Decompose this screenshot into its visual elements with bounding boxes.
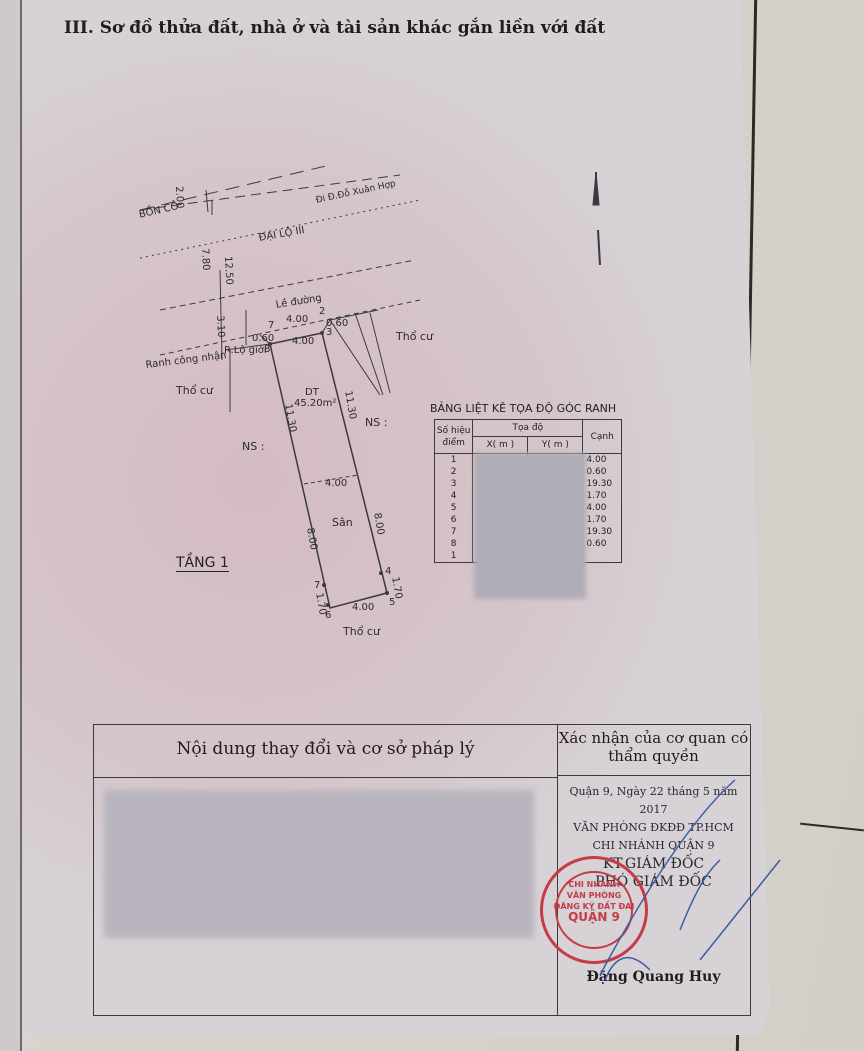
point-cell: 1 (435, 454, 473, 467)
edge-cell (583, 550, 622, 563)
point-cell: 4 (435, 490, 473, 502)
label-tho-cu-left: Thổ cư (176, 384, 213, 397)
coordinate-table-title: BẢNG LIỆT KÊ TỌA ĐỘ GÓC RANH (430, 402, 616, 415)
office-line-1: VĂN PHÒNG ĐKĐĐ TP.HCM (557, 819, 750, 837)
label-san: Sân (332, 516, 353, 529)
row-divider-right (557, 775, 750, 776)
header-edge: Cạnh (583, 420, 622, 454)
point-cell: 1 (435, 550, 473, 563)
point-6-label: 6 (325, 610, 331, 621)
header-point-id: Số hiệu điểm (435, 420, 473, 454)
signer-name: Đặng Quang Huy (557, 969, 750, 985)
row-divider (94, 777, 557, 778)
edge-cell: 19.30 (583, 478, 622, 490)
edge-cell: 4.00 (583, 502, 622, 514)
edge-cell: 0.60 (583, 466, 622, 478)
office-line-2: CHI NHÁNH QUẬN 9 (557, 837, 750, 855)
dim-top-4-00: 4.00 (286, 314, 308, 325)
stamp-line-1: CHI NHÁNH (543, 879, 645, 890)
label-r-lo-gioi: R.Lộ giới (224, 345, 267, 356)
dim-left-0-60: 0.60 (252, 333, 274, 344)
point-cell: 6 (435, 514, 473, 526)
header-x: X( m ) (473, 437, 528, 454)
dim-3-10: 3.10 (214, 315, 226, 338)
stamp-line-4: QUẬN 9 (543, 912, 645, 923)
dim-bottom-4-00: 4.00 (352, 602, 374, 613)
header-y: Y( m ) (528, 437, 583, 454)
dim-inner-4-00: 4.00 (292, 336, 314, 347)
edge-cell: 1.70 (583, 490, 622, 502)
point-7b-label: 7 (314, 580, 320, 591)
point-cell: 2 (435, 466, 473, 478)
official-stamp: CHI NHÁNH VĂN PHÒNG ĐĂNG KÝ ĐẤT ĐAI QUẬN… (540, 856, 648, 964)
point-7-label: 7 (268, 320, 274, 331)
stamp-line-2: VĂN PHÒNG (543, 890, 645, 901)
changes-header: Nội dung thay đổi và cơ sở pháp lý (94, 739, 557, 759)
edge-cell: 0.60 (583, 538, 622, 550)
label-dt: DT (305, 387, 319, 398)
stamp-text: CHI NHÁNH VĂN PHÒNG ĐĂNG KÝ ĐẤT ĐAI QUẬN… (543, 879, 645, 923)
dim-12-50: 12.50 (222, 256, 234, 285)
point-cell: 8 (435, 538, 473, 550)
point-4-label: 4 (385, 566, 391, 577)
label-ns-right: NS : (365, 416, 387, 429)
dim-right-0-60: 0.60 (326, 318, 348, 329)
point-2-label: 2 (319, 306, 325, 317)
floor-label: TẦNG 1 (176, 555, 229, 572)
label-tho-cu-bottom: Thổ cư (343, 625, 380, 638)
confirmation-header: Xác nhận của cơ quan có thẩm quyền (557, 729, 750, 765)
label-ns-left: NS : (242, 440, 264, 453)
point-cell: 3 (435, 478, 473, 490)
date-line: Quận 9, Ngày 22 tháng 5 năm 2017 (557, 783, 750, 819)
point-cell: 5 (435, 502, 473, 514)
label-tho-cu-right: Thổ cư (396, 330, 433, 343)
label-area: 45.20m² (294, 398, 336, 409)
header-coords: Tọa độ (473, 420, 583, 437)
edge-cell: 19.30 (583, 526, 622, 538)
point-cell: 7 (435, 526, 473, 538)
redacted-changes-content (104, 790, 534, 938)
dim-mid-4-00: 4.00 (325, 478, 347, 489)
redacted-coordinates (474, 453, 586, 599)
edge-cell: 1.70 (583, 514, 622, 526)
edge-cell: 4.00 (583, 454, 622, 467)
dim-2-00: 2.00 (173, 186, 185, 209)
dim-7-80: 7.80 (199, 248, 211, 271)
point-5-label: 5 (389, 597, 395, 608)
